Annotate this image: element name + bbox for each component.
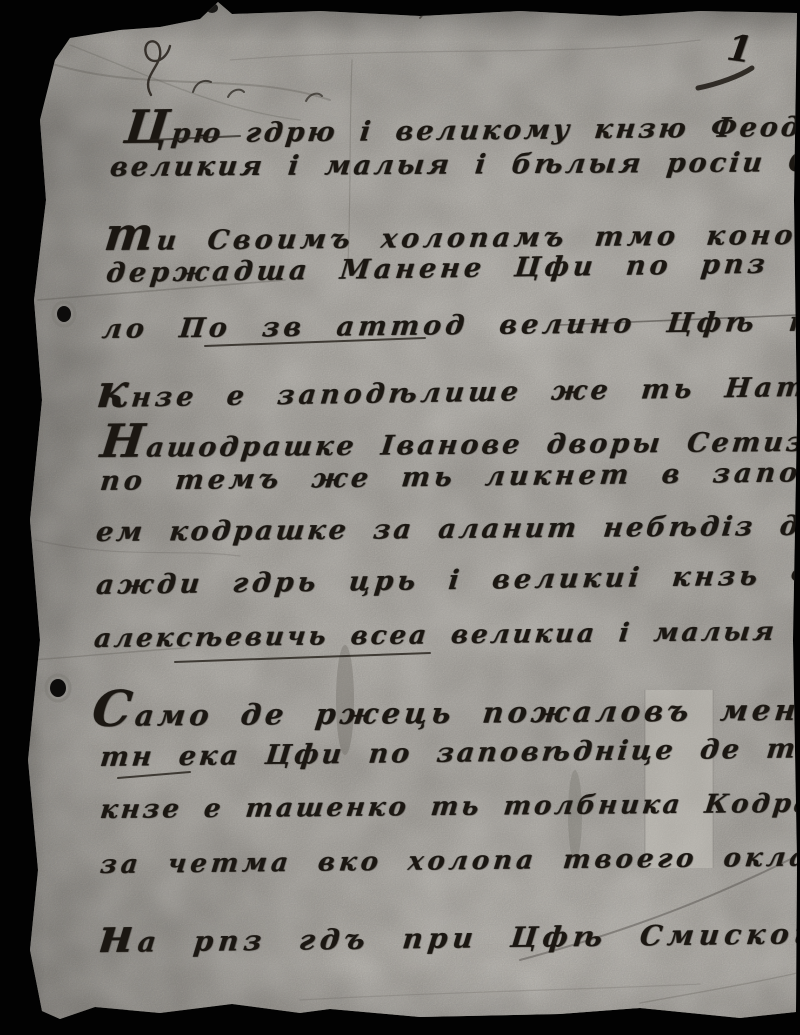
manuscript-line: Црю гдрю і великому кнзю Феодору Алексѣе… (122, 87, 800, 154)
manuscript-line: ем кодрашке за аланит небѣдіз де і обве (94, 509, 800, 548)
manuscript-line: на рпз гдъ при Цфѣ Смиской то Кад (96, 897, 800, 964)
manuscript-line: тн ека Цфи по заповѣдніце де ть залишов (99, 731, 800, 773)
manuscript-line: ло По зв аттод велино Цфѣ кание зали (101, 304, 800, 345)
manuscript-page: Црю гдрю і великому кнзю Феодору Алексѣе… (0, 0, 800, 1035)
manuscript-line: ажди гдрь црь і великиі кнзь Феодоръ (95, 558, 800, 601)
manuscript-text-lines: Црю гдрю і великому кнзю Феодору Алексѣе… (0, 0, 800, 1035)
manuscript-line: кнзе е ташенко ть толбника Кодрашки Іван… (99, 787, 800, 825)
manuscript-line: алексѣевичь всеа великиа і малыя і бѣлыя… (93, 614, 800, 654)
photo-background: Црю гдрю і великому кнзю Феодору Алексѣе… (0, 0, 800, 1035)
manuscript-line: за четма вко холопа твоего окла Наммене (99, 841, 800, 881)
manuscript-line: великия і малыя і бѣлыя росіи Самодержцу… (108, 145, 800, 183)
manuscript-line: Само де ржець пожаловъ меня холопа Свое (89, 671, 800, 738)
